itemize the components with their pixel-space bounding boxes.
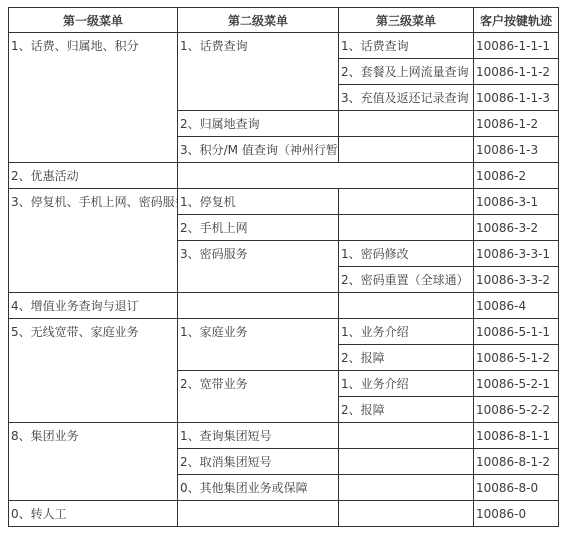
keypress-track-cell: 10086-1-1-3 (474, 85, 559, 111)
menu-item-cell: 2、宽带业务 (178, 371, 339, 423)
menu-item-cell: 2、取消集团短号 (178, 449, 339, 475)
table-row: 2、优惠活动10086-2 (9, 163, 559, 189)
keypress-track-cell: 10086-1-3 (474, 137, 559, 163)
keypress-track-cell: 10086-3-2 (474, 215, 559, 241)
keypress-track-cell: 10086-5-1-2 (474, 345, 559, 371)
keypress-track-cell: 10086-3-1 (474, 189, 559, 215)
keypress-track-cell: 10086-5-2-1 (474, 371, 559, 397)
empty-cell (339, 293, 474, 319)
empty-cell (178, 163, 474, 189)
menu-item-cell: 1、查询集团短号 (178, 423, 339, 449)
table-row: 4、增值业务查询与退订10086-4 (9, 293, 559, 319)
menu-item-cell: 1、话费查询 (339, 33, 474, 59)
menu-item-cell: 2、手机上网 (178, 215, 339, 241)
menu-item-cell: 5、无线宽带、家庭业务 (9, 319, 178, 423)
ivr-menu-table: 第一级菜单第二级菜单第三级菜单客户按键轨迹 1、话费、归属地、积分1、话费查询1… (8, 7, 559, 527)
menu-item-cell: 3、充值及返还记录查询 (339, 85, 474, 111)
empty-cell (339, 501, 474, 527)
menu-item-cell: 2、报障 (339, 397, 474, 423)
column-header: 客户按键轨迹 (474, 8, 559, 33)
menu-item-cell: 0、转人工 (9, 501, 178, 527)
menu-item-cell: 1、密码修改 (339, 241, 474, 267)
table-row: 1、话费、归属地、积分1、话费查询1、话费查询10086-1-1-1 (9, 33, 559, 59)
keypress-track-cell: 10086-1-1-1 (474, 33, 559, 59)
menu-item-cell: 3、停复机、手机上网、密码服务 (9, 189, 178, 293)
menu-item-cell: 1、话费查询 (178, 33, 339, 111)
menu-item-cell: 1、家庭业务 (178, 319, 339, 371)
empty-cell (339, 449, 474, 475)
menu-item-cell: 2、密码重置（全球通） (339, 267, 474, 293)
table-header-row: 第一级菜单第二级菜单第三级菜单客户按键轨迹 (9, 8, 559, 33)
keypress-track-cell: 10086-5-1-1 (474, 319, 559, 345)
table-row: 3、停复机、手机上网、密码服务1、停复机10086-3-1 (9, 189, 559, 215)
keypress-track-cell: 10086-8-1-2 (474, 449, 559, 475)
table-row: 8、集团业务1、查询集团短号10086-8-1-1 (9, 423, 559, 449)
table-row: 0、转人工10086-0 (9, 501, 559, 527)
menu-item-cell: 1、业务介绍 (339, 319, 474, 345)
table-head: 第一级菜单第二级菜单第三级菜单客户按键轨迹 (9, 8, 559, 33)
empty-cell (339, 475, 474, 501)
menu-item-cell: 1、业务介绍 (339, 371, 474, 397)
column-header: 第一级菜单 (9, 8, 178, 33)
keypress-track-cell: 10086-3-3-1 (474, 241, 559, 267)
empty-cell (339, 189, 474, 215)
empty-cell (339, 215, 474, 241)
page: 第一级菜单第二级菜单第三级菜单客户按键轨迹 1、话费、归属地、积分1、话费查询1… (0, 0, 561, 539)
column-header: 第三级菜单 (339, 8, 474, 33)
menu-item-cell: 2、归属地查询 (178, 111, 339, 137)
menu-item-cell: 3、积分/M 值查询（神州行暂无） (178, 137, 339, 163)
menu-item-cell: 4、增值业务查询与退订 (9, 293, 178, 319)
menu-item-cell: 8、集团业务 (9, 423, 178, 501)
empty-cell (339, 137, 474, 163)
table-row: 5、无线宽带、家庭业务1、家庭业务1、业务介绍10086-5-1-1 (9, 319, 559, 345)
menu-item-cell: 3、密码服务 (178, 241, 339, 293)
keypress-track-cell: 10086-8-1-1 (474, 423, 559, 449)
menu-item-cell: 2、套餐及上网流量查询 (339, 59, 474, 85)
keypress-track-cell: 10086-0 (474, 501, 559, 527)
keypress-track-cell: 10086-5-2-2 (474, 397, 559, 423)
menu-item-cell: 2、报障 (339, 345, 474, 371)
keypress-track-cell: 10086-1-2 (474, 111, 559, 137)
column-header: 第二级菜单 (178, 8, 339, 33)
empty-cell (339, 111, 474, 137)
empty-cell (178, 293, 339, 319)
table-body: 1、话费、归属地、积分1、话费查询1、话费查询10086-1-1-12、套餐及上… (9, 33, 559, 527)
menu-item-cell: 1、话费、归属地、积分 (9, 33, 178, 163)
keypress-track-cell: 10086-3-3-2 (474, 267, 559, 293)
menu-item-cell: 1、停复机 (178, 189, 339, 215)
empty-cell (339, 423, 474, 449)
menu-item-cell: 2、优惠活动 (9, 163, 178, 189)
keypress-track-cell: 10086-2 (474, 163, 559, 189)
menu-item-cell: 0、其他集团业务或保障 (178, 475, 339, 501)
empty-cell (178, 501, 339, 527)
keypress-track-cell: 10086-1-1-2 (474, 59, 559, 85)
keypress-track-cell: 10086-4 (474, 293, 559, 319)
keypress-track-cell: 10086-8-0 (474, 475, 559, 501)
